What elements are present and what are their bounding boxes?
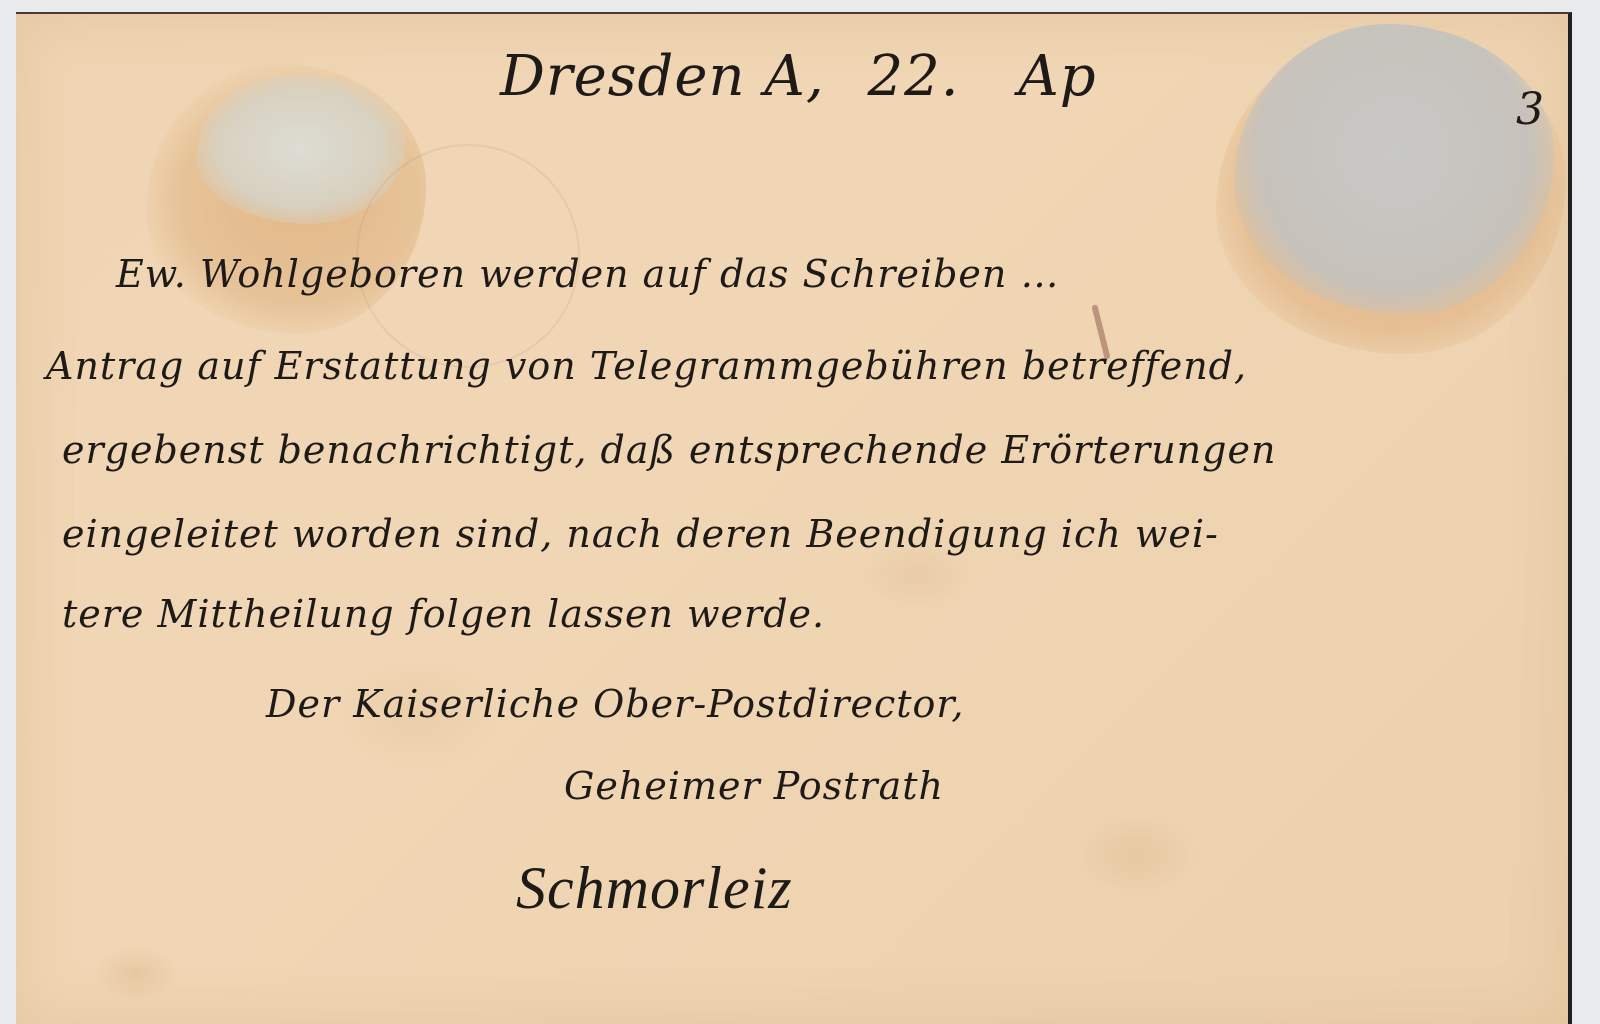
dateline: Dresden A, 22. Ap — [500, 44, 1097, 109]
scan-frame: Dresden A, 22. Ap 3 Ew. Wohlgeboren werd… — [0, 0, 1600, 1024]
closing-title: Der Kaiserliche Ober-Postdirector, — [266, 682, 964, 726]
body-line-1: Ew. Wohlgeboren werden auf das Schreiben… — [116, 252, 1059, 296]
postcard: Dresden A, 22. Ap 3 Ew. Wohlgeboren werd… — [16, 12, 1572, 1024]
paper-abrasion-right — [1234, 24, 1554, 314]
dateline-month: Ap — [1018, 44, 1096, 109]
dateline-place: Dresden A, — [500, 44, 825, 109]
dateline-year: 3 — [1516, 84, 1545, 135]
body-line-5: tere Mittheilung folgen lassen werde. — [62, 592, 825, 636]
body-line-2: Antrag auf Erstattung von Telegrammgebüh… — [46, 344, 1247, 388]
signature: Schmorleiz — [516, 854, 793, 923]
body-line-3: ergebenst benachrichtigt, daß entspreche… — [62, 428, 1276, 472]
closing-rank: Geheimer Postrath — [564, 764, 944, 808]
dateline-day: 22. — [867, 44, 959, 109]
body-line-4: eingeleitet worden sind, nach deren Been… — [62, 512, 1219, 556]
